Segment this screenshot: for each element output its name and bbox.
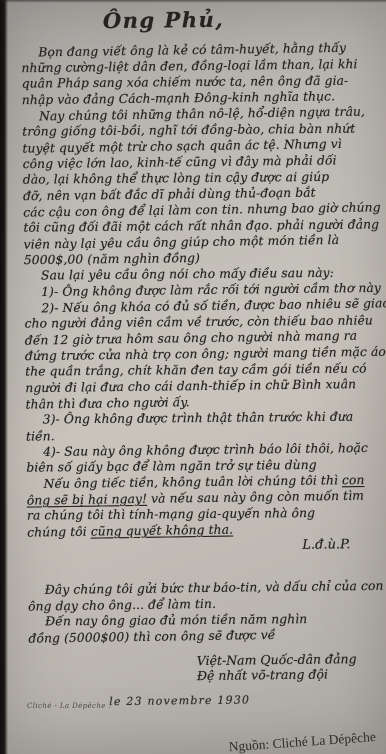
line-text: quân Pháp sang xóa chiếm nước ta, nên ôn… — [22, 74, 349, 91]
line-text: Đến nay ông giao đủ món tiền năm nghìn — [45, 612, 307, 628]
underlined-text: cũng quyết không tha. — [91, 523, 234, 539]
signature-party-name: Việt-Nam Quốc-dân đảng — [197, 651, 382, 668]
book-gutter-edge — [0, 0, 8, 754]
line-text: biên số giấy bạc để làm ngăn trở sự tiêu… — [26, 458, 316, 475]
line-text: dào, lại không thể thực lòng tin cậy đượ… — [23, 170, 330, 187]
letter-line: biên số giấy bạc để làm ngăn trở sự tiêu… — [26, 456, 379, 475]
line-text: ông dạy cho ông... để làm tin. — [28, 597, 216, 614]
line-text: và nếu sau này ông còn muốn tìm — [147, 489, 364, 506]
line-text: thân thì đưa cho người ấy. — [25, 395, 189, 411]
underlined-text: ông sẽ bị hại ngay! — [27, 492, 148, 508]
letter-salutation: Ông Phủ, — [103, 5, 374, 33]
letter-body: Bọn đang viết ông là kẻ có tâm-huyết, hằ… — [21, 40, 380, 540]
line-text: tiền. — [26, 429, 55, 443]
plate-credit-caption: Cliché - La Dépêche . — [27, 702, 111, 710]
handwritten-letter: Ông Phủ, Bọn đang viết ông là kẻ có tâm-… — [21, 3, 383, 709]
underlined-text: con — [342, 473, 365, 487]
letter-signature: Việt-Nam Quốc-dân đảng Đệ nhất võ-trang … — [197, 651, 382, 683]
line-text: Sau lại yêu cầu ông nói cho mấy điều sau… — [41, 266, 334, 283]
letter-line: quân Pháp sang xóa chiếm nước ta, nên ôn… — [22, 72, 375, 91]
letter-line: Sau lại yêu cầu ông nói cho mấy điều sau… — [24, 264, 377, 283]
line-text: đồng (5000$00) thì con ông sẽ được về — [28, 628, 275, 646]
line-text: 5000$,00 (năm nghìn đồng) — [24, 251, 200, 267]
line-text: the quần trắng, chít khăn đen tay cầm gó… — [25, 362, 367, 379]
signature-unit-name: Đệ nhất võ-trang đội — [197, 666, 382, 683]
line-text: chúng tôi — [27, 525, 91, 540]
letter-line: the quần trắng, chít khăn đen tay cầm gó… — [25, 360, 378, 379]
letter-line: dào, lại không thể thực lòng tin cậy đượ… — [23, 168, 376, 187]
